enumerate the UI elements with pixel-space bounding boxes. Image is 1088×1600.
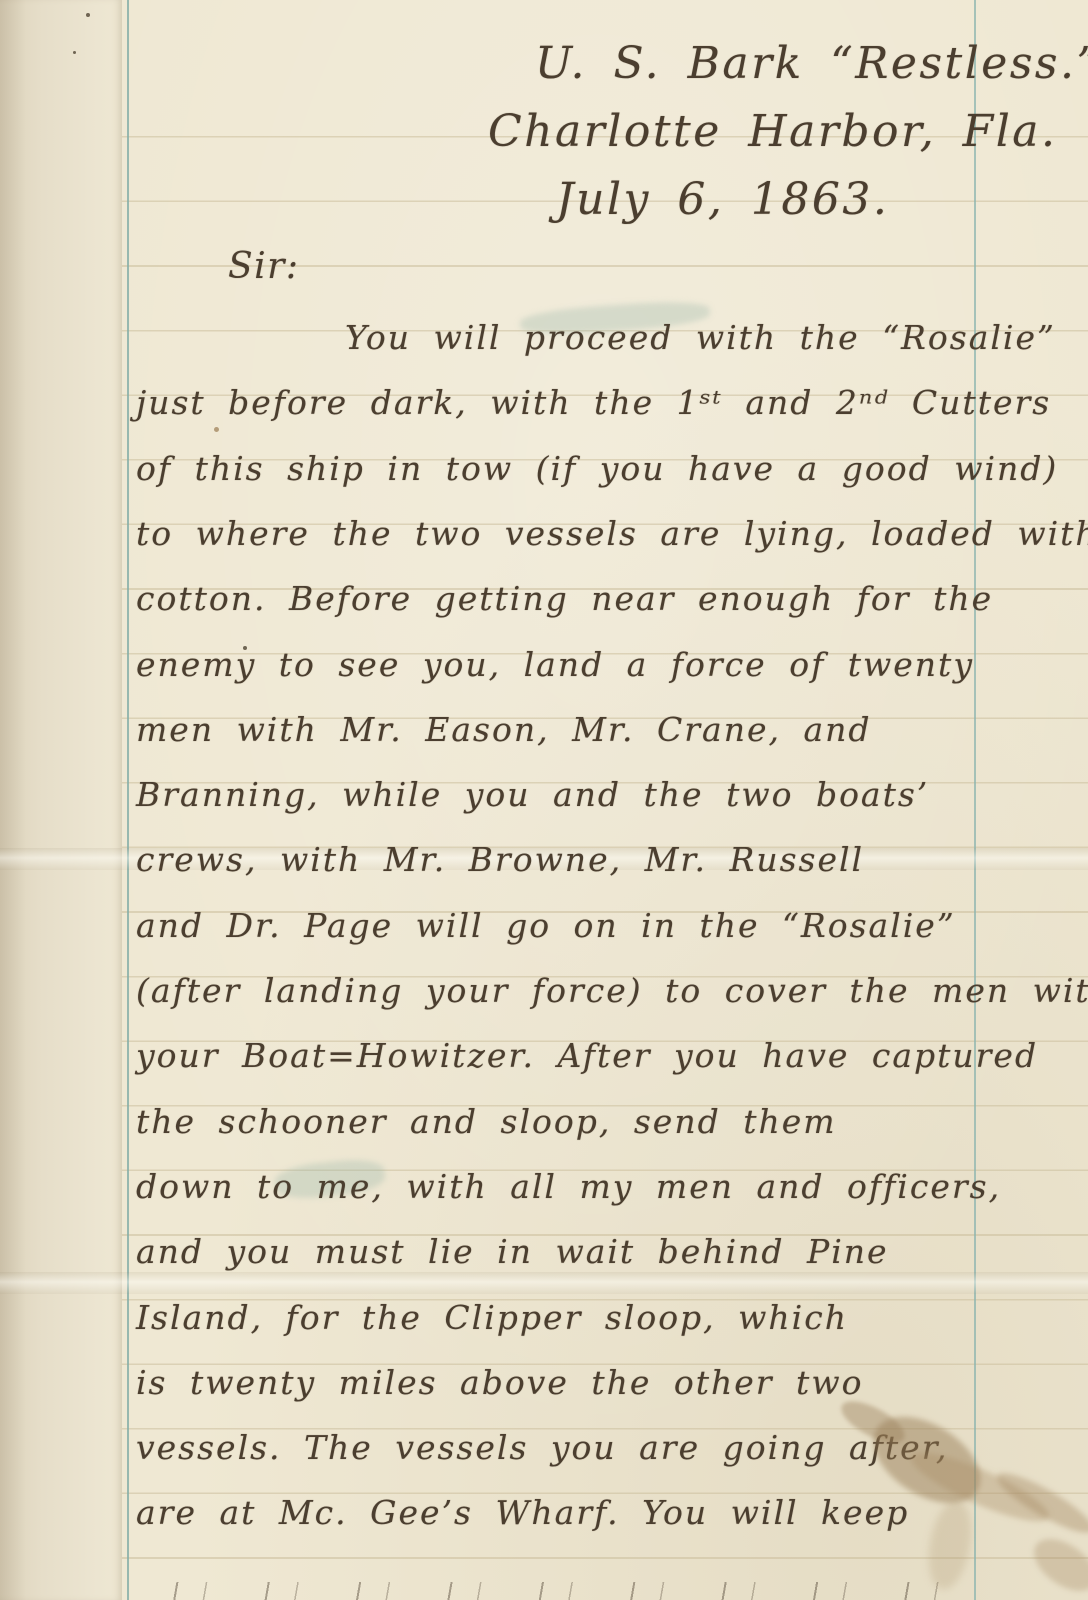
ink-speck [86,13,90,17]
ink-speck [73,51,76,54]
handwriting-line-16: Island, for the Clipper sloop, which [136,1298,848,1337]
handwriting-line-14: down to me, with all my men and officers… [136,1167,1001,1206]
right-margin-line [974,0,976,1600]
handwriting-line-19: are at Mc. Gee’s Wharf. You will keep [136,1493,909,1532]
handwriting-line-18: vessels. The vessels you are going after… [136,1428,948,1467]
handwriting-line-12: your Boat=Howitzer. After you have captu… [136,1036,1038,1075]
handwriting-line-11: (after landing your force) to cover the … [136,971,1088,1010]
handwriting-line-7: men with Mr. Eason, Mr. Crane, and [136,710,872,749]
handwriting-line-13: the schooner and sloop, send them [136,1102,837,1141]
heading-ship-line: U. S. Bark “Restless.” [535,38,1088,89]
handwriting-line-15: and you must lie in wait behind Pine [136,1232,889,1271]
handwriting-line-10: and Dr. Page will go on in the “Rosalie” [136,906,956,945]
handwriting-line-9: crews, with Mr. Browne, Mr. Russell [136,840,864,879]
heading-location-line: Charlotte Harbor, Fla. [488,106,1058,157]
handwriting-line-2: just before dark, with the 1ˢᵗ and 2ⁿᵈ C… [136,383,1051,422]
heading-date-line: July 6, 1863. [556,174,889,225]
handwriting-line-3: of this ship in tow (if you have a good … [136,449,1058,488]
ink-speck [214,427,219,432]
clipped-handwriting-line [150,1582,950,1600]
handwriting-line-6: enemy to see you, land a force of twenty [136,645,974,684]
left-margin-line [127,0,129,1600]
fold-crease-lower [0,1272,1088,1294]
salutation: Sir: [228,246,300,287]
handwriting-line-1: You will proceed with the “Rosalie” [345,318,1056,357]
page-left-edge-shadow [0,0,26,1600]
handwriting-line-5: cotton. Before getting near enough for t… [136,579,993,618]
handwriting-line-8: Branning, while you and the two boats’ [136,775,929,814]
handwriting-line-4: to where the two vessels are lying, load… [136,514,1088,553]
letter-scan-page: U. S. Bark “Restless.” Charlotte Harbor,… [0,0,1088,1600]
handwriting-line-17: is twenty miles above the other two [136,1363,863,1402]
